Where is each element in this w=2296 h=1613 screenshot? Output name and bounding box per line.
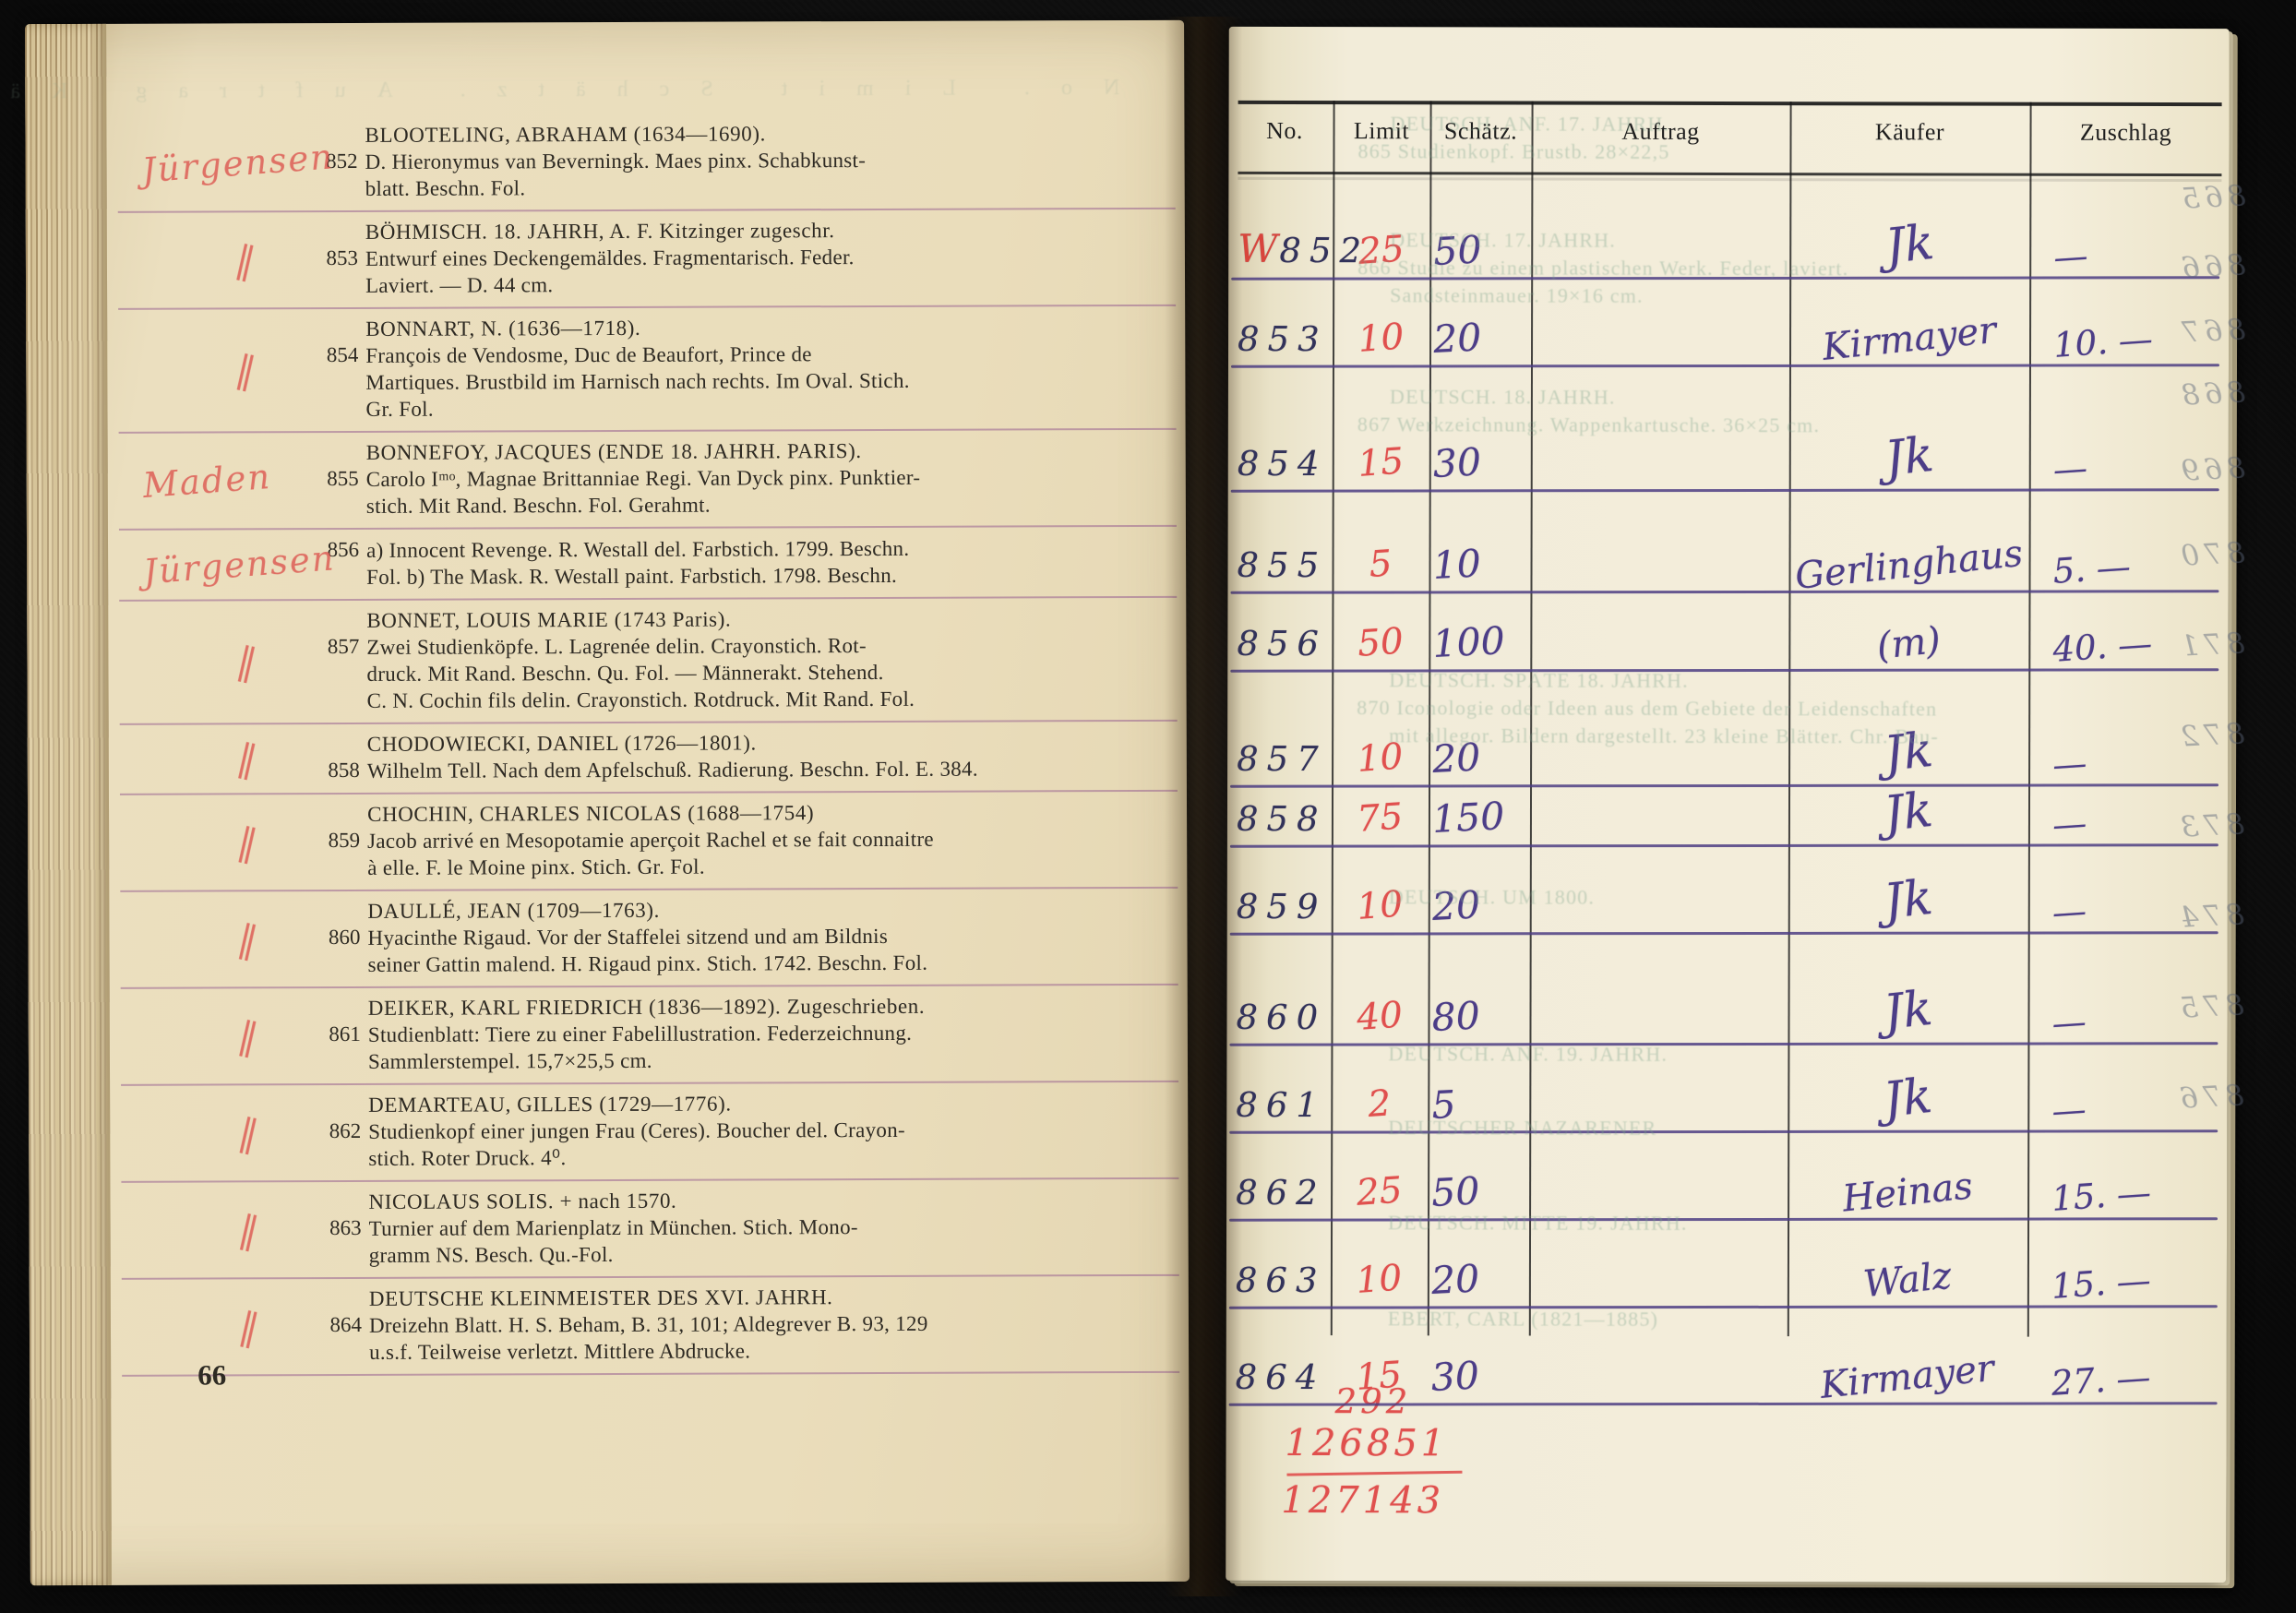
- total-underline: [1286, 1471, 1462, 1476]
- cell-schaetz: 100: [1428, 617, 1531, 666]
- catalog-entry: ‖NICOLAUS SOLIS. + nach 1570.863Turnier …: [121, 1179, 1178, 1280]
- column-header-zuschlag: Zuschlag: [2029, 119, 2221, 147]
- lot-number: 854: [314, 343, 358, 367]
- lot-number: 859: [316, 829, 360, 853]
- lot-number: 855: [315, 467, 359, 491]
- margin-ditto-mark: ‖: [234, 916, 262, 962]
- cell-auftrag: [1529, 1398, 1788, 1399]
- catalog-entry: ‖DEMARTEAU, GILLES (1729—1776).862Studie…: [121, 1082, 1178, 1183]
- entry-line: Laviert. — D. 44 cm.: [365, 269, 1163, 299]
- cell-kaeufer: Jk: [1786, 860, 2030, 939]
- ghost-bleed-text: DEUTSCH. 18. JAHRH.: [1390, 385, 1616, 410]
- catalog-entry: ‖CHODOWIECKI, DANIEL (1726—1801).858Wilh…: [120, 722, 1178, 795]
- cell-zuschlag: 15. —: [2027, 1168, 2213, 1220]
- cell-no: 861: [1226, 1085, 1331, 1125]
- entry-header: NICOLAUS SOLIS. + nach 1570.: [368, 1187, 1166, 1214]
- entry-line: Studienblatt: Tiere zu einer Fabelillust…: [368, 1019, 1166, 1048]
- entry-body: 863Turnier auf dem Marienplatz in Münche…: [369, 1213, 1166, 1269]
- left-page: No. Limit Schätz. Auftrag Käufer Zuschla…: [25, 20, 1190, 1585]
- ghost-bleed-text: 866 Studie zu einem plastischen Werk. Fe…: [1357, 256, 1848, 281]
- cell-kaeufer: Kirmayer: [1788, 305, 2030, 372]
- cell-limit: 5: [1331, 541, 1430, 589]
- cell-auftrag: [1530, 586, 1788, 587]
- cell-no: 859: [1227, 887, 1332, 926]
- entry-line: druck. Mit Rand. Beschn. Qu. Fol. — Männ…: [366, 658, 1164, 687]
- entry-header: CHOCHIN, CHARLES NICOLAS (1688—1754): [367, 799, 1165, 827]
- ghost-table-header: No. Limit Schätz. Auftrag Käufer Zuschla…: [206, 76, 1119, 103]
- ghost-bleed-text: DEUTSCH. ANF. 17. JAHRH.: [1391, 112, 1670, 137]
- ghost-bleed-text: 867 Werkzeichnung. Wappenkartusche. 36×2…: [1357, 412, 1820, 437]
- entry-body: 861Studienblatt: Tiere zu einer Fabelill…: [368, 1019, 1166, 1075]
- entry-line: Wilhelm Tell. Nach dem Apfelschuß. Radie…: [367, 755, 1165, 784]
- ghost-bleed-text: DEUTSCH. SPÄTE 18. JAHRH.: [1389, 668, 1689, 693]
- margin-ditto-mark: ‖: [235, 1304, 263, 1349]
- entry-header: DAULLÉ, JEAN (1709—1763).: [367, 896, 1165, 924]
- margin-note: Jürgensen: [140, 137, 335, 190]
- margin-ditto-mark: ‖: [233, 819, 261, 865]
- ghost-bleed-number: 866: [2176, 248, 2246, 285]
- catalog-entry: ‖DAULLÉ, JEAN (1709—1763).860Hyacinthe R…: [120, 889, 1178, 989]
- catalog-entry: ‖DEUTSCHE KLEINMEISTER DES XVI. JAHRH.86…: [122, 1276, 1179, 1377]
- entry-body: 852D. Hieronymus van Beverningk. Maes pi…: [365, 146, 1163, 202]
- lot-number: 853: [314, 246, 358, 270]
- ghost-bleed-text: 870 Iconologie oder Ideen aus dem Gebiet…: [1357, 696, 1937, 721]
- margin-ditto-mark: ‖: [233, 348, 260, 393]
- cell-auftrag: [1530, 664, 1788, 665]
- ghost-bleed-number: 867: [2176, 313, 2246, 350]
- entry-body: 857Zwei Studienköpfe. L. Lagrenée delin.…: [366, 631, 1164, 714]
- entry-line: C. N. Cochin fils delin. Crayonstich. Ro…: [367, 685, 1165, 714]
- catalog-entry: MadenBONNEFOY, JACQUES (ENDE 18. JAHRH. …: [119, 430, 1177, 531]
- entry-header: CHODOWIECKI, DANIEL (1726—1801).: [367, 729, 1165, 757]
- cell-limit: 40: [1330, 993, 1429, 1041]
- page-edge-stack: [25, 24, 112, 1585]
- ghost-bleed-number: 873: [2175, 807, 2245, 844]
- entry-body: 860Hyacinthe Rigaud. Vor der Staffelei s…: [367, 922, 1165, 978]
- entry-header: BLOOTELING, ABRAHAM (1634—1690).: [365, 120, 1162, 148]
- entry-line: Hyacinthe Rigaud. Vor der Staffelei sitz…: [367, 922, 1165, 951]
- lot-number: 863: [317, 1216, 362, 1240]
- entry-line: Entwurf eines Deckengemäldes. Fragmentar…: [365, 243, 1163, 272]
- ghost-bleed-text: DEUTSCH. UM 1800.: [1389, 885, 1595, 909]
- entry-line: Gr. Fol.: [365, 393, 1163, 423]
- entry-header: DEIKER, KARL FRIEDRICH (1836—1892). Zuge…: [368, 993, 1166, 1021]
- entry-line: u.s.f. Teilweise verletzt. Mittlere Abdr…: [369, 1336, 1166, 1366]
- red-check-mark-w: W: [1238, 226, 1277, 271]
- row-ink-line: [1229, 1402, 2218, 1405]
- entry-line: à elle. F. le Moine pinx. Stich. Gr. Fol…: [367, 852, 1165, 881]
- total-carry: 126851: [1286, 1422, 1449, 1464]
- cell-no: 863: [1226, 1261, 1331, 1300]
- cell-limit: 25: [1330, 1168, 1429, 1216]
- ghost-bleed-text: EBERT, CARL (1821—1885): [1388, 1307, 1658, 1332]
- entry-line: Turnier auf dem Marienplatz in München. …: [369, 1213, 1166, 1242]
- entry-header: BÖHMISCH. 18. JAHRH, A. F. Kitzinger zug…: [365, 217, 1163, 245]
- entry-line: a) Innocent Revenge. R. Westall del. Far…: [366, 534, 1164, 564]
- entry-line: D. Hieronymus van Beverningk. Maes pinx.…: [365, 146, 1163, 175]
- auction-row: 8604080Jk—: [1226, 931, 2212, 1044]
- auction-row: 855510Gerlinghaus5. —: [1227, 488, 2213, 591]
- margin-ditto-mark: ‖: [233, 736, 261, 782]
- catalog-entry: Jürgensen856a) Innocent Revenge. R. West…: [119, 527, 1177, 602]
- margin-ditto-mark: ‖: [235, 1207, 263, 1252]
- catalog-entry-list: JürgensenBLOOTELING, ABRAHAM (1634—1690)…: [117, 113, 1179, 1377]
- entry-line: blatt. Beschn. Fol.: [365, 173, 1163, 202]
- cell-limit: 50: [1331, 619, 1430, 667]
- margin-ditto-mark: ‖: [232, 237, 259, 282]
- lot-number: 860: [316, 926, 360, 950]
- margin-ditto-mark: ‖: [234, 1110, 262, 1155]
- entry-body: 858Wilhelm Tell. Nach dem Apfelschuß. Ra…: [367, 755, 1165, 784]
- entry-body: 864Dreizehn Blatt. H. S. Beham, B. 31, 1…: [369, 1309, 1166, 1366]
- margin-note: Maden: [141, 456, 272, 505]
- ghost-bleed-number: 872: [2175, 717, 2245, 754]
- column-header-no: No.: [1236, 117, 1333, 145]
- cell-schaetz: 80: [1427, 991, 1530, 1040]
- entry-header: DEUTSCHE KLEINMEISTER DES XVI. JAHRH.: [369, 1284, 1166, 1311]
- entry-line: François de Vendosme, Duc de Beaufort, P…: [365, 340, 1163, 369]
- entry-body: 854François de Vendosme, Duc de Beaufort…: [365, 340, 1163, 423]
- cell-kaeufer: Jk: [1787, 772, 2031, 852]
- cell-kaeufer: Jk: [1786, 1058, 2030, 1138]
- cell-limit: 75: [1331, 795, 1430, 842]
- cell-schaetz: 150: [1428, 793, 1531, 842]
- entry-line: Carolo Iᵐᵒ, Magnae Brittanniae Regi. Van…: [366, 463, 1164, 493]
- cell-no: 858: [1227, 799, 1332, 839]
- cell-kaeufer: Walz: [1786, 1247, 2028, 1313]
- ghost-bleed-number: 871: [2176, 627, 2246, 663]
- ghost-bleed-number: 875: [2175, 988, 2245, 1025]
- auction-row: 85650100(m)40. —: [1227, 590, 2213, 670]
- ghost-bleed-number: 869: [2176, 451, 2246, 488]
- cell-kaeufer: (m): [1788, 610, 2030, 676]
- lot-number: 858: [316, 759, 360, 783]
- cell-kaeufer: Jk: [1787, 417, 2031, 496]
- total-sum: 127143: [1281, 1479, 1444, 1522]
- entry-line: stich. Roter Druck. 4⁰.: [368, 1142, 1166, 1172]
- entry-line: Fol. b) The Mask. R. Westall paint. Farb…: [366, 561, 1164, 591]
- cell-kaeufer: Gerlinghaus: [1788, 532, 2030, 598]
- cell-no: 857: [1227, 739, 1332, 779]
- ghost-bleed-number: 876: [2174, 1079, 2244, 1116]
- cell-zuschlag: 27. —: [2026, 1353, 2212, 1404]
- ghost-bleed-number: 865: [2177, 179, 2247, 216]
- auction-row: 86125Jk—: [1226, 1042, 2212, 1131]
- cell-auftrag: [1529, 1301, 1788, 1302]
- cell-auftrag: [1530, 840, 1788, 841]
- table-top-rule: [1238, 101, 2222, 106]
- auction-table: 292 126851 127143 No.LimitSchätz.Auftrag…: [1226, 27, 2230, 1583]
- cell-auftrag: [1531, 484, 1789, 485]
- ghost-bleed-text: 865 Studienkopf. Brustb. 28×22,5: [1357, 139, 1669, 164]
- entry-line: gramm NS. Besch. Qu.-Fol.: [369, 1239, 1166, 1269]
- entry-line: stich. Mit Rand. Beschn. Fol. Gerahmt.: [366, 490, 1164, 520]
- entry-line: Studienkopf einer jungen Frau (Ceres). B…: [368, 1116, 1166, 1145]
- cell-no: 862: [1226, 1173, 1331, 1213]
- catalog-entry: ‖BONNART, N. (1636—1718).854François de …: [118, 306, 1176, 434]
- auction-row: 8622550Heinas15. —: [1226, 1129, 2212, 1219]
- entry-line: Martiques. Brustbild im Harnisch nach re…: [365, 366, 1163, 396]
- entry-header: BONNEFOY, JACQUES (ENDE 18. JAHRH. PARIS…: [366, 437, 1164, 465]
- cell-limit: 10: [1330, 1256, 1429, 1304]
- cell-limit: 15: [1329, 1353, 1429, 1401]
- auction-row: 8531020Kirmayer10. —: [1228, 276, 2214, 365]
- entry-body: 853Entwurf eines Deckengemäldes. Fragmen…: [365, 243, 1163, 299]
- ghost-bleed-text: DEUTSCHER NAZARENER: [1388, 1116, 1656, 1141]
- ghost-bleed-text: DEUTSCH. 17. JAHRH.: [1390, 228, 1616, 253]
- lot-number: 862: [317, 1119, 361, 1143]
- entry-body: 855Carolo Iᵐᵒ, Magnae Brittanniae Regi. …: [366, 463, 1164, 520]
- cell-schaetz: 10: [1428, 539, 1531, 588]
- entry-line: seiner Gattin malend. H. Rigaud pinx. St…: [368, 949, 1166, 978]
- lot-number: 861: [317, 1022, 361, 1046]
- cell-limit: 10: [1332, 315, 1431, 363]
- ghost-bleed-number: 874: [2175, 898, 2245, 935]
- cell-schaetz: 20: [1427, 1254, 1530, 1303]
- cell-no: 860: [1226, 998, 1331, 1037]
- cell-no: W852: [1228, 226, 1333, 271]
- cell-no: 854: [1228, 444, 1333, 484]
- lot-number: 857: [315, 635, 359, 659]
- catalog-entry: ‖DEIKER, KARL FRIEDRICH (1836—1892). Zug…: [121, 986, 1178, 1086]
- book-scan: No. Limit Schätz. Auftrag Käufer Zuschla…: [0, 0, 2296, 1613]
- entry-line: Sammlerstempel. 15,7×25,5 cm.: [368, 1045, 1166, 1075]
- ghost-bleed-text: Sandsteinmauer. 19×16 cm.: [1390, 283, 1644, 308]
- ghost-bleed-text: DEUTSCH. ANF. 19. JAHRH.: [1388, 1042, 1668, 1067]
- catalog-entry: ‖BONNET, LOUIS MARIE (1743 Paris).857Zwe…: [119, 598, 1177, 725]
- catalog-entry: JürgensenBLOOTELING, ABRAHAM (1634—1690)…: [117, 113, 1175, 213]
- auction-row: 85875150Jk—: [1227, 783, 2213, 845]
- entry-line: Zwei Studienköpfe. L. Lagrenée delin. Cr…: [366, 631, 1164, 661]
- cell-schaetz: 20: [1429, 313, 1532, 362]
- entry-header: BONNET, LOUIS MARIE (1743 Paris).: [366, 605, 1164, 633]
- entry-header: BONNART, N. (1636—1718).: [365, 314, 1163, 341]
- entry-line: Dreizehn Blatt. H. S. Beham, B. 31, 101;…: [369, 1309, 1166, 1339]
- cell-limit: 15: [1331, 439, 1430, 487]
- column-header-kufer: Käufer: [1789, 118, 2029, 147]
- left-page-content: No. Limit Schätz. Auftrag Käufer Zuschla…: [104, 20, 1190, 1585]
- catalog-entry: ‖CHOCHIN, CHARLES NICOLAS (1688—1754)859…: [120, 792, 1178, 892]
- right-page: 292 126851 127143 No.LimitSchätz.Auftrag…: [1226, 27, 2230, 1583]
- ghost-bleed-number: 870: [2176, 536, 2246, 573]
- entry-body: 856a) Innocent Revenge. R. Westall del. …: [366, 534, 1164, 591]
- cell-schaetz: 30: [1429, 437, 1532, 486]
- cell-auftrag: [1530, 780, 1788, 781]
- ghost-bleed-text: mit allegor. Bildern dargestellt. 23 kle…: [1389, 723, 1939, 748]
- ghost-bleed-number: 868: [2176, 376, 2246, 412]
- margin-note: Jürgensen: [142, 538, 337, 591]
- cell-schaetz: 50: [1427, 1166, 1530, 1215]
- cell-auftrag: [1529, 1038, 1788, 1039]
- entry-body: 862Studienkopf einer jungen Frau (Ceres)…: [368, 1116, 1166, 1172]
- cell-kaeufer: Jk: [1786, 971, 2030, 1050]
- entry-body: 859Jacob arrivé en Mesopotamie aperçoit …: [367, 825, 1165, 881]
- lot-number: 864: [317, 1313, 362, 1337]
- auction-row: 8631020Walz15. —: [1226, 1217, 2212, 1307]
- cell-kaeufer: Kirmayer: [1786, 1344, 2028, 1410]
- entry-header: DEMARTEAU, GILLES (1729—1776).: [368, 1090, 1166, 1117]
- cell-auftrag: [1530, 927, 1788, 928]
- cell-no: 856: [1227, 624, 1332, 663]
- auction-row: 8641530Kirmayer27. —: [1226, 1305, 2212, 1404]
- auction-row: 8591020Jk—: [1227, 843, 2213, 933]
- cell-auftrag: [1531, 360, 1789, 361]
- cell-zuschlag: 15. —: [2027, 1256, 2213, 1308]
- page-number: 66: [197, 1358, 226, 1392]
- entry-line: Jacob arrivé en Mesopotamie aperçoit Rac…: [367, 825, 1165, 854]
- ghost-bleed-text: DEUTSCH. MITTE 19. JAHRH.: [1388, 1211, 1688, 1236]
- cell-kaeufer: Heinas: [1786, 1159, 2028, 1225]
- cell-no: 855: [1227, 545, 1332, 585]
- margin-ditto-mark: ‖: [233, 639, 261, 685]
- cell-no: 853: [1228, 319, 1333, 359]
- margin-ditto-mark: ‖: [234, 1013, 262, 1058]
- cell-schaetz: 30: [1427, 1351, 1530, 1400]
- cell-no: 864: [1226, 1357, 1331, 1397]
- catalog-entry: ‖BÖHMISCH. 18. JAHRH, A. F. Kitzinger zu…: [118, 209, 1176, 310]
